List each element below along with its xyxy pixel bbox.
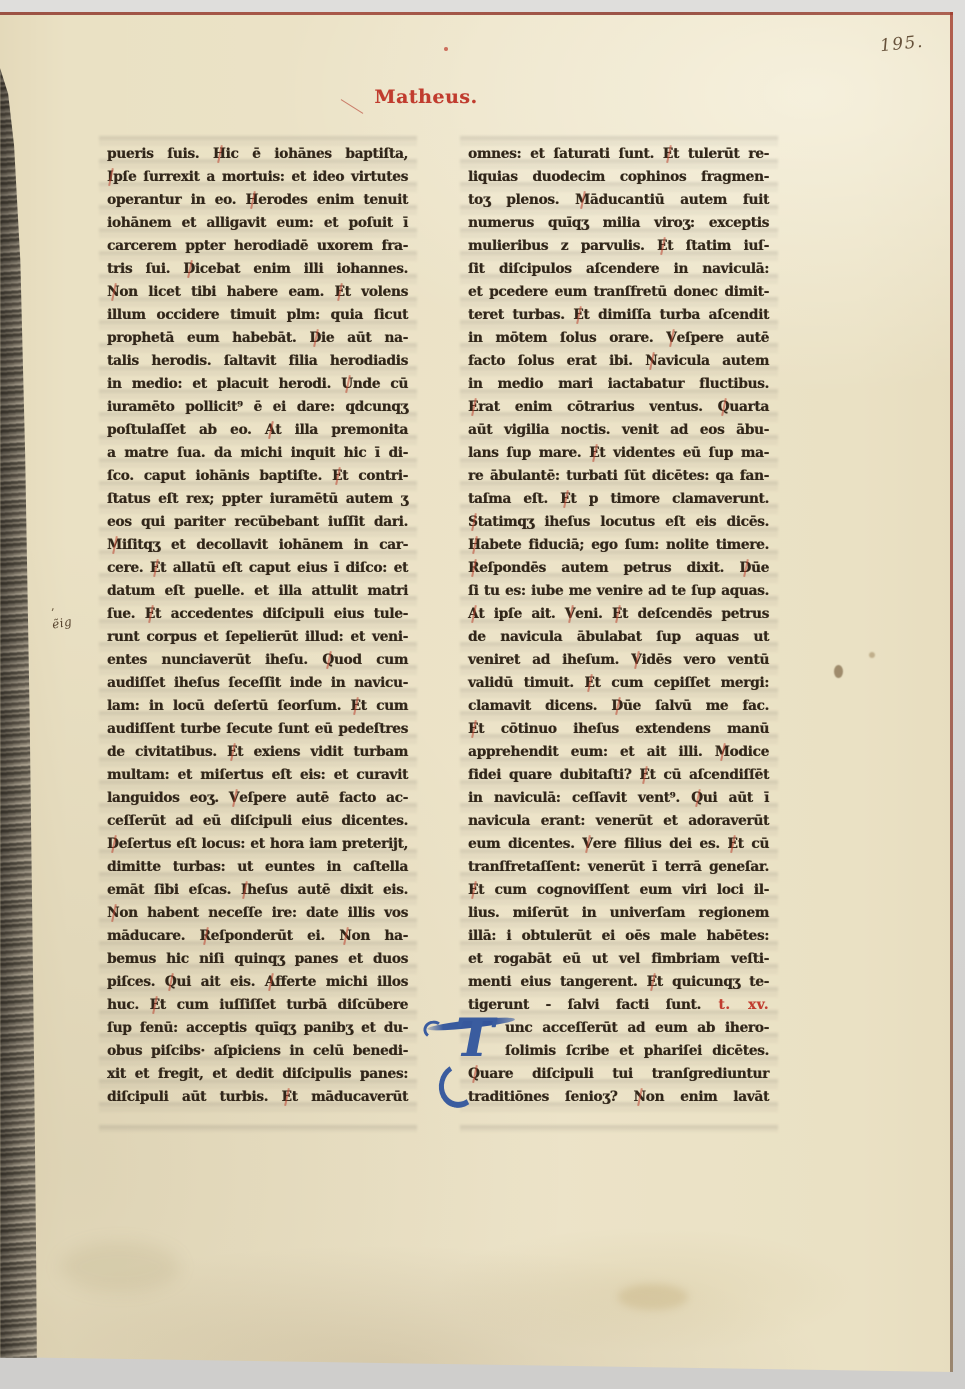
rubricated-capital: E bbox=[589, 442, 599, 465]
text-line: re ābulantē: turbati ſūt dicētes: qa fan… bbox=[468, 465, 769, 488]
text-line: Ipſe ſurrexit a mortuis: et ideo virtute… bbox=[107, 166, 408, 189]
text-line: liquias duodecim cophinos fragmen- bbox=[468, 166, 769, 189]
rubricated-capital: V bbox=[565, 603, 575, 626]
rubricated-capital: M bbox=[715, 741, 730, 764]
text-line: tranſfretaſſent: venerūt ī terrā geneſar… bbox=[468, 856, 769, 879]
folio-number: 195. bbox=[879, 32, 925, 56]
header-rubric: Matheus. bbox=[331, 86, 521, 108]
text-line: taſma eſt. Et p timore clamaverunt. bbox=[468, 488, 769, 511]
text-line: Et cōtinuo iheſus extendens manū bbox=[468, 718, 769, 741]
text-line: dimitte turbas: ut euntes in caſtella bbox=[107, 856, 408, 879]
text-line: eum dicentes. Vere filius dei es. Et cū bbox=[468, 833, 769, 856]
text-line: de civitatibus. Et exiens vidit turbam bbox=[107, 741, 408, 764]
rubricated-capital: D bbox=[107, 833, 119, 856]
text-line: Deſertus eſt locus: et hora iam preterij… bbox=[107, 833, 408, 856]
rubricated-capital: D bbox=[183, 258, 195, 281]
text-line: ſco. caput iohānis baptiſte. Et contri- bbox=[107, 465, 408, 488]
rubricated-capital: A bbox=[265, 971, 275, 994]
rubricated-capital: M bbox=[107, 534, 122, 557]
text-line: lam: in locū deſertū ſeorſum. Et cum bbox=[107, 695, 408, 718]
text-line: carcerem ppter herodiadē uxorem fra- bbox=[107, 235, 408, 258]
rubricated-capital: U bbox=[341, 373, 353, 396]
text-line: fidei quare dubitaſti? Et cū aſcendiſſēt bbox=[468, 764, 769, 787]
manuscript-page: Matheus. 195. ẽig pueris ſuis. Hic ē ioh… bbox=[0, 12, 953, 1372]
rubricated-capital: A bbox=[468, 603, 478, 626]
text-line: clamavit dicens. Dūe ſalvū me fac. bbox=[468, 695, 769, 718]
text-line: lius. miſerūt in univerſam regionem bbox=[468, 902, 769, 925]
text-line: ſup fenū: acceptis quīqʒ panibʒ et du- bbox=[107, 1017, 408, 1040]
rubricated-capital: N bbox=[633, 1086, 645, 1109]
text-line: validū timuit. Et cum cepiſſet mergi: bbox=[468, 672, 769, 695]
rubricated-capital: Q bbox=[718, 396, 730, 419]
text-line: entes nunciaverūt iheſu. Quod cum bbox=[107, 649, 408, 672]
rubricated-capital: E bbox=[663, 143, 673, 166]
rubricated-capital: M bbox=[575, 189, 590, 212]
rubricated-capital: E bbox=[145, 603, 155, 626]
text-line: Non licet tibi habere eam. Et volens bbox=[107, 281, 408, 304]
rubricated-capital: V bbox=[631, 649, 641, 672]
rubricated-capital: E bbox=[639, 764, 649, 787]
margin-note: ẽig bbox=[51, 614, 73, 631]
rubricated-capital: E bbox=[468, 879, 478, 902]
text-line: piſces. Qui ait eis. Afferte michi illos bbox=[107, 971, 408, 994]
text-line: māducare. Reſponderūt ei. Non ha- bbox=[107, 925, 408, 948]
text-line: navicula erant: venerūt et adoraverūt bbox=[468, 810, 769, 833]
text-line: huc. Et cum iuſſiſſet turbā diſcūbere bbox=[107, 994, 408, 1017]
text-line: illā: i obtulerūt ei oēs male habētes: bbox=[468, 925, 769, 948]
rubricated-capital: D bbox=[611, 695, 623, 718]
text-line: runt corpus et ſepelierūt illud: et veni… bbox=[107, 626, 408, 649]
rubricated-capital: V bbox=[666, 327, 676, 350]
text-line: ceſſerūt ad eū diſcipuli eius dicentes. bbox=[107, 810, 408, 833]
text-line: operantur in eo. Herodes enim tenuit bbox=[107, 189, 408, 212]
text-line: et rogabāt eū ut vel fimbriam veſti- bbox=[468, 948, 769, 971]
ink-stain bbox=[869, 652, 875, 658]
text-line: mulieribus z parvulis. Et ſtatim iuſ- bbox=[468, 235, 769, 258]
rubricated-capital: E bbox=[468, 396, 478, 419]
text-line: apprehendit eum: et ait illi. Modice bbox=[468, 741, 769, 764]
text-line: de navicula ābulabat ſup aquas ut bbox=[468, 626, 769, 649]
rubricated-capital: E bbox=[573, 304, 583, 327]
text-line: ſue. Et accedentes diſcipuli eius tule- bbox=[107, 603, 408, 626]
rubricated-capital: R bbox=[468, 557, 479, 580]
text-line: audiſſet iheſus ſeceſſit inde in navicu- bbox=[107, 672, 408, 695]
rubricated-capital: E bbox=[227, 741, 237, 764]
text-line: emāt ſibi eſcas. Iheſus autē dixit eis. bbox=[107, 879, 408, 902]
rubricated-capital: N bbox=[107, 902, 119, 925]
rubricated-capital: Q bbox=[691, 787, 703, 810]
manuscript-scan: Matheus. 195. ẽig pueris ſuis. Hic ē ioh… bbox=[0, 0, 965, 1389]
text-line: ſit diſcipulos aſcendere in naviculā: bbox=[468, 258, 769, 281]
rubricated-capital: E bbox=[150, 557, 160, 580]
rubricated-capital: V bbox=[582, 833, 592, 856]
rubricated-capital: Q bbox=[165, 971, 177, 994]
initial-letter: T bbox=[429, 1011, 511, 1103]
text-line: numerus quīqʒ milia viroʒ: exceptis bbox=[468, 212, 769, 235]
text-line: facto ſolus erat ibi. Navicula autem bbox=[468, 350, 769, 373]
text-line: talis herodis. ſaltavit filia herodiadis bbox=[107, 350, 408, 373]
text-line: Erat enim cōtrarius ventus. Quarta bbox=[468, 396, 769, 419]
rubricated-capital: V bbox=[229, 787, 239, 810]
text-line: obus piſcibs· aſpiciens in celū benedi- bbox=[107, 1040, 408, 1063]
rubricated-capital: E bbox=[332, 465, 342, 488]
rubricated-capital: E bbox=[334, 281, 344, 304]
rubricated-capital: E bbox=[584, 672, 594, 695]
text-line: multam: et miſertus eſt eis: et curavit bbox=[107, 764, 408, 787]
text-line: aūt vigilia noctis. venit ad eos ābu- bbox=[468, 419, 769, 442]
text-line: pueris ſuis. Hic ē iohānes baptiſta, bbox=[107, 143, 408, 166]
text-line: ſtatus eſt rex; ppter iuramētū autem ʒ bbox=[107, 488, 408, 511]
text-line: Habete fiduciā; ego ſum: nolite timere. bbox=[468, 534, 769, 557]
text-line: bemus hic niſi quinqʒ panes et duos bbox=[107, 948, 408, 971]
text-line: Quare diſcipuli tui tranſgrediuntur bbox=[468, 1063, 769, 1086]
text-line: Non habent neceſſe ire: date illis vos bbox=[107, 902, 408, 925]
text-line: in mōtem ſolus orare. Veſpere autē bbox=[468, 327, 769, 350]
rubricated-capital: I bbox=[241, 879, 247, 902]
rubricated-capital: A bbox=[265, 419, 275, 442]
text-line: in medio: et placuit herodi. Unde cū bbox=[107, 373, 408, 396]
ink-stain bbox=[834, 665, 843, 678]
rubricated-capital: Q bbox=[322, 649, 334, 672]
text-line: a matre ſua. da michi inquit hic ī di- bbox=[107, 442, 408, 465]
rubricated-capital: D bbox=[309, 327, 321, 350]
rubricated-capital: E bbox=[727, 833, 737, 856]
rubricated-capital: H bbox=[468, 534, 481, 557]
text-line: in medio mari iactabatur fluctibus. bbox=[468, 373, 769, 396]
text-line: traditiōnes ſenioʒ? Non enim lavāt bbox=[468, 1086, 769, 1109]
text-line: toʒ plenos. Māducantiū autem fuit bbox=[468, 189, 769, 212]
text-line: datum eſt puelle. et illa attulit matri bbox=[107, 580, 408, 603]
text-line: iohānem et alligavit eum: et poſuit ī bbox=[107, 212, 408, 235]
text-line: et pcedere eum tranſfretū donec dimit- bbox=[468, 281, 769, 304]
text-line: Reſpondēs autem petrus dixit. Dūe bbox=[468, 557, 769, 580]
text-line: cere. Et allatū eſt caput eius ī diſco: … bbox=[107, 557, 408, 580]
text-line: ſi tu es: iube me venire ad te ſup aquas… bbox=[468, 580, 769, 603]
text-line: audiſſent turbe ſecute ſunt eū pedeſtres bbox=[107, 718, 408, 741]
red-speck bbox=[444, 47, 448, 51]
parchment-stain bbox=[618, 1284, 688, 1310]
text-line: At ipſe ait. Veni. Et deſcendēs petrus bbox=[468, 603, 769, 626]
rubricated-capital: I bbox=[107, 166, 113, 189]
text-line: prophetā eum habebāt. Die aūt na- bbox=[107, 327, 408, 350]
chapter-marker: t. xv. bbox=[701, 997, 769, 1013]
text-line: Statimqʒ iheſus locutus eſt eis dicēs. bbox=[468, 511, 769, 534]
rubricated-capital: N bbox=[339, 925, 351, 948]
rubricated-capital: D bbox=[739, 557, 751, 580]
column-left: pueris ſuis. Hic ē iohānes baptiſta,Ipſe… bbox=[107, 143, 408, 1109]
text-line: xit et fregit, et dedit diſcipulis panes… bbox=[107, 1063, 408, 1086]
initial-letter-glyph: T bbox=[455, 1013, 494, 1065]
rubricated-capital: H bbox=[213, 143, 226, 166]
rubricated-capital: E bbox=[282, 1086, 292, 1109]
text-line: diſcipuli aūt turbis. Et māducaverūt bbox=[107, 1086, 408, 1109]
rubricated-capital: E bbox=[612, 603, 622, 626]
parchment-stain bbox=[60, 1242, 180, 1292]
rubricated-capital: E bbox=[468, 718, 478, 741]
text-line: eos qui pariter recūbebant iuſſit dari. bbox=[107, 511, 408, 534]
text-line: tris ſui. Dicebat enim illi iohannes. bbox=[107, 258, 408, 281]
rubricated-capital: E bbox=[351, 695, 361, 718]
text-line: languidos eoʒ. Veſpere autē facto ac- bbox=[107, 787, 408, 810]
rubricated-capital: R bbox=[200, 925, 211, 948]
text-line: Et cum cognoviſſent eum viri loci il- bbox=[468, 879, 769, 902]
rubricated-capital: E bbox=[657, 235, 667, 258]
text-line: poſtulaſſet ab eo. At illa premonita bbox=[107, 419, 408, 442]
text-line: veniret ad iheſum. Vidēs vero ventū bbox=[468, 649, 769, 672]
rubricated-capital: E bbox=[647, 971, 657, 994]
rubricated-capital: N bbox=[645, 350, 657, 373]
text-line: illum occidere timuit plm: quia ſicut bbox=[107, 304, 408, 327]
text-line: Miſitqʒ et decollavit iohānem in car- bbox=[107, 534, 408, 557]
column-right: omnes: et ſaturati ſunt. Et tulerūt re-l… bbox=[468, 143, 769, 1109]
text-line: in naviculā: ceſſavit vent⁹. Qui aūt ī bbox=[468, 787, 769, 810]
text-line: iuramēto pollicit⁹ ē ei dare: qdcunqʒ bbox=[107, 396, 408, 419]
text-line: menti eius tangerent. Et quicunqʒ te- bbox=[468, 971, 769, 994]
rubricated-capital: N bbox=[107, 281, 119, 304]
rubricated-capital: S bbox=[468, 511, 478, 534]
text-line: teret turbas. Et dimiſſa turba aſcendit bbox=[468, 304, 769, 327]
text-line: omnes: et ſaturati ſunt. Et tulerūt re- bbox=[468, 143, 769, 166]
text-line: tigerunt - ſalvi facti ſunt. t. xv. bbox=[468, 994, 769, 1017]
text-line: ſolimis ſcribe et phariſei dicētes. bbox=[468, 1040, 769, 1063]
rubricated-capital: E bbox=[560, 488, 570, 511]
rubricated-capital: H bbox=[246, 189, 259, 212]
rubricated-capital: E bbox=[150, 994, 160, 1017]
text-line: lans ſup mare. Et videntes eū ſup ma- bbox=[468, 442, 769, 465]
